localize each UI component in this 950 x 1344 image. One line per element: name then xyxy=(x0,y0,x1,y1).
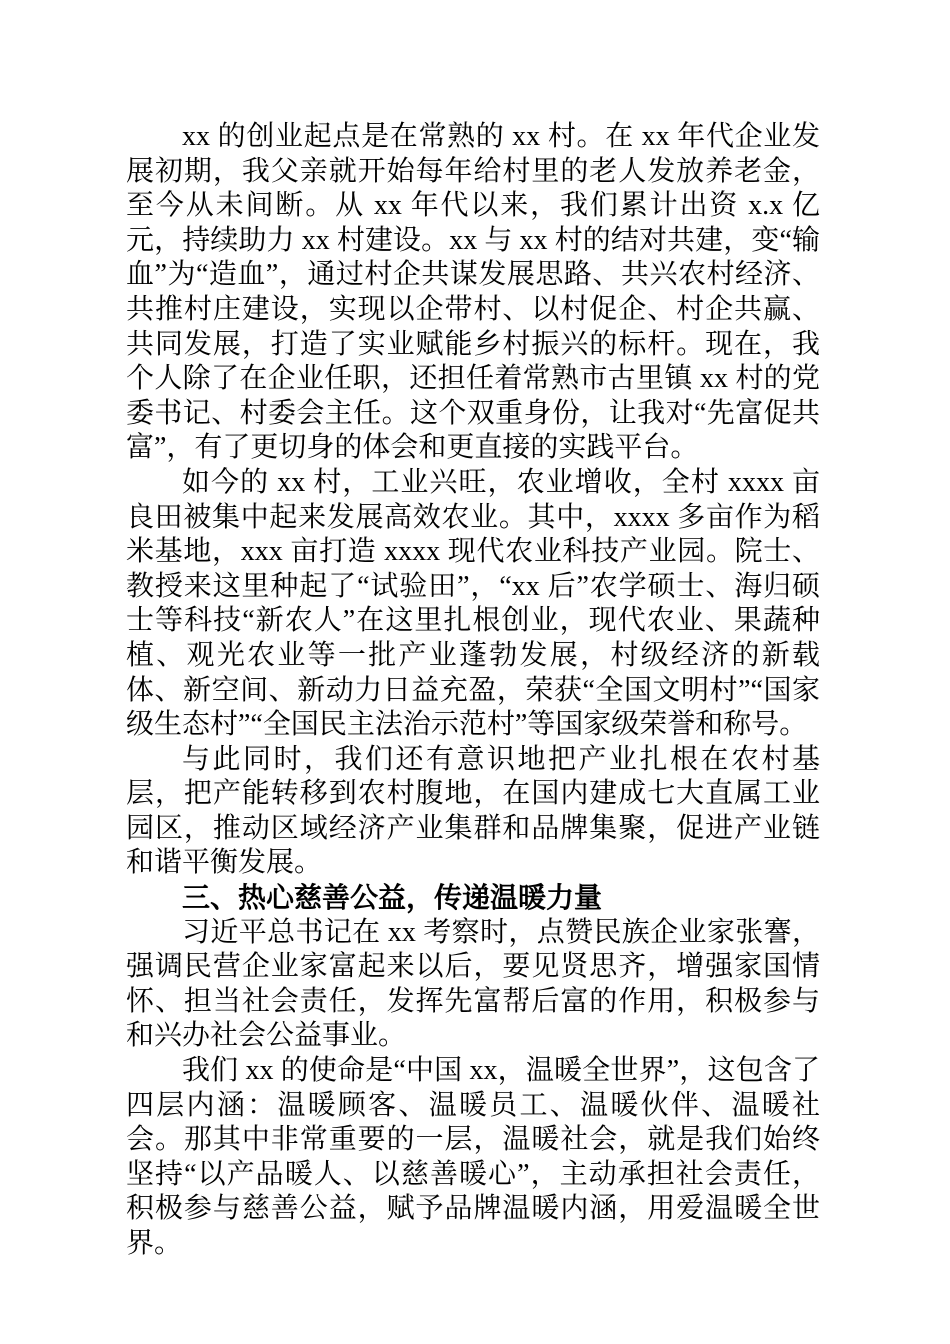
paragraph-5: 我们 xx 的使命是“中国 xx，温暖全世界”，这包含了四层内涵：温暖顾客、温暖… xyxy=(126,1054,820,1262)
paragraph-3: 与此同时，我们还有意识地把产业扎根在农村基层，把产能转移到农村腹地，在国内建成七… xyxy=(126,743,820,881)
paragraph-4: 习近平总书记在 xx 考察时，点赞民族企业家张謇，强调民营企业家富起来以后，要见… xyxy=(126,916,820,1054)
document-page: xx 的创业起点是在常熟的 xx 村。在 xx 年代企业发展初期，我父亲就开始每… xyxy=(0,0,950,1344)
paragraph-2: 如今的 xx 村，工业兴旺，农业增收，全村 xxxx 亩良田被集中起来发展高效农… xyxy=(126,466,820,743)
paragraph-1: xx 的创业起点是在常熟的 xx 村。在 xx 年代企业发展初期，我父亲就开始每… xyxy=(126,120,820,466)
section-heading: 三、热心慈善公益，传递温暖力量 xyxy=(126,881,820,916)
document-body: xx 的创业起点是在常熟的 xx 村。在 xx 年代企业发展初期，我父亲就开始每… xyxy=(126,120,820,1262)
